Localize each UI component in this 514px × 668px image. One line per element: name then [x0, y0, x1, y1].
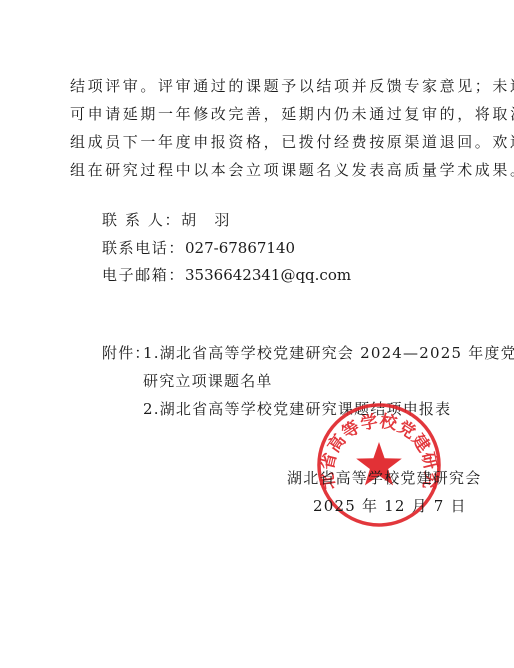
signature-organization: 湖北省高等学校党建研究会	[287, 468, 481, 488]
paragraph-line: 结项评审。评审通过的课题予以结项并反馈专家意见；未通过的	[70, 76, 514, 96]
contact-email-label: 电子邮箱：	[102, 266, 185, 284]
contact-phone: 联系电话：027-67867140	[102, 238, 295, 258]
paragraph-line: 组成员下一年度申报资格，已拨付经费按原渠道退回。欢迎课题	[70, 132, 514, 152]
paragraph-line: 可申请延期一年修改完善，延期内仍未通过复审的，将取消课题	[70, 104, 514, 124]
contact-person: 联 系 人：胡 羽	[102, 210, 231, 230]
contact-person-label: 联 系 人：	[102, 211, 181, 229]
contact-person-value: 胡 羽	[181, 211, 231, 229]
signature-date: 2025 年 12 月 7 日	[313, 496, 467, 516]
paragraph-line: 组在研究过程中以本会立项课题名义发表高质量学术成果。	[70, 160, 514, 180]
contact-email: 电子邮箱：3536642341@qq.com	[102, 265, 351, 285]
contact-phone-label: 联系电话：	[102, 239, 185, 257]
attachment-item-1: 1.湖北省高等学校党建研究会 2024—2025 年度党建	[143, 343, 514, 363]
document-page: 结项评审。评审通过的课题予以结项并反馈专家意见；未通过的 可申请延期一年修改完善…	[0, 0, 514, 668]
attachment-item-2: 2.湖北省高等学校党建研究课题结项申报表	[143, 399, 451, 419]
contact-phone-value: 027-67867140	[185, 239, 295, 257]
contact-email-value: 3536642341@qq.com	[185, 266, 351, 284]
attachment-item-1-cont: 研究立项课题名单	[143, 371, 273, 391]
